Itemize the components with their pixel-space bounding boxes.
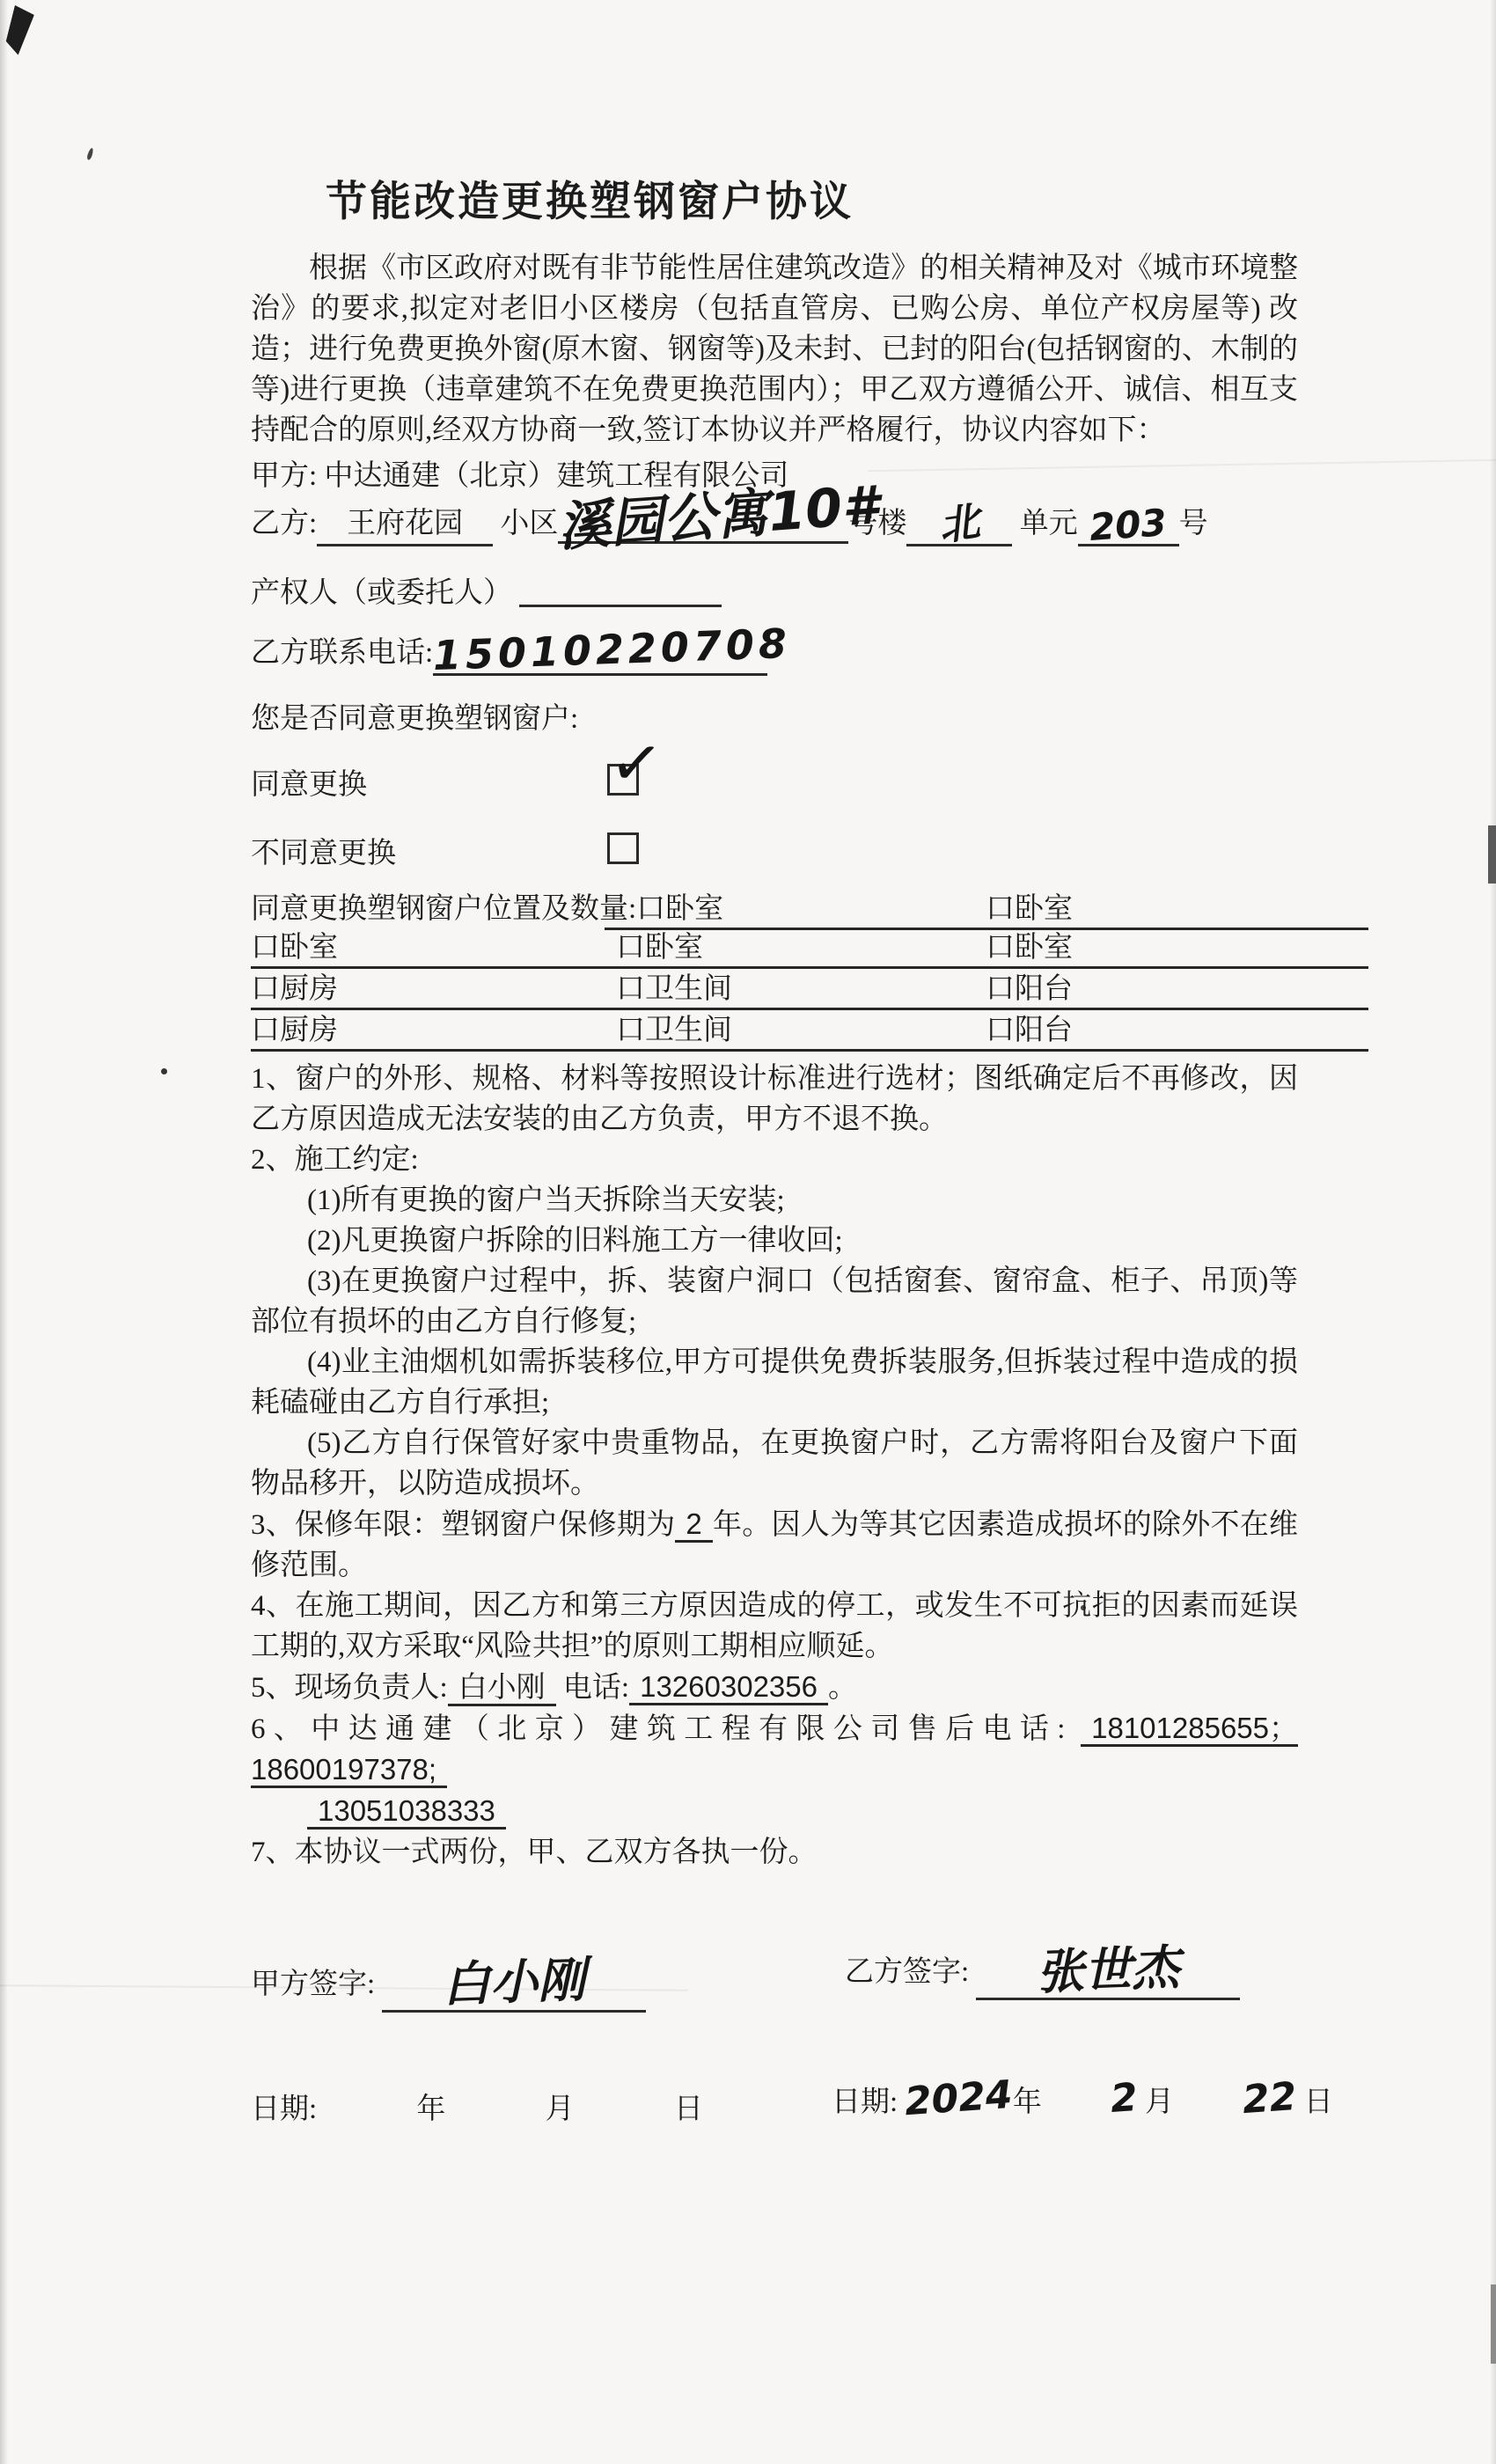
party-b-signature-field[interactable]: 张世杰	[976, 1957, 1240, 2000]
room-field[interactable]: 203	[1078, 509, 1179, 546]
agree-label: 同意更换	[251, 765, 607, 805]
scan-edge-shadow-right	[1490, 0, 1496, 2464]
scanned-agreement-page: 节能改造更换塑钢窗户协议 根据《市区政府对既有非节能性居住建筑改造》的相关精神及…	[0, 0, 1496, 2464]
agree-row: 同意更换✓	[251, 764, 1298, 808]
day-label: 日	[1304, 2086, 1333, 2118]
party-a-label: 甲方:	[251, 460, 317, 492]
party-a-signature-handwriting: 白小刚	[443, 1967, 586, 1998]
phone-line: 乙方联系电话:15010220708	[251, 633, 1298, 676]
locations-row: 口厨房 口卫生间 口阳台	[251, 969, 1368, 1010]
location-cell[interactable]: 口卧室	[986, 889, 1073, 929]
month-handwriting: 2	[1110, 2087, 1138, 2110]
clause-3-prefix: 3、保修年限：塑钢窗户保修期为	[251, 1509, 675, 1541]
document-content: 节能改造更换塑钢窗户协议 根据《市区政府对既有非节能性居住建筑改造》的相关精神及…	[251, 176, 1298, 2142]
party-a-date: 日期: 年 月 日	[251, 2089, 703, 2130]
location-cell[interactable]: 口卧室	[986, 928, 1073, 968]
year-label: 年	[1013, 2086, 1042, 2118]
page-title: 节能改造更换塑钢窗户协议	[326, 176, 854, 229]
clause-2-item-2: (2)凡更换窗户拆除的旧料施工方一律收回;	[251, 1221, 1298, 1261]
phone-label: 乙方联系电话:	[251, 637, 433, 669]
party-a-signature-label: 甲方签字:	[251, 1969, 375, 2000]
month-label: 月	[546, 2094, 575, 2125]
location-cell[interactable]: 口卧室	[616, 928, 703, 968]
scan-edge-shadow-left	[0, 0, 8, 2464]
phone-field[interactable]: 15010220708	[433, 638, 767, 676]
location-cell[interactable]: 口卧室	[636, 893, 723, 925]
location-cell[interactable]: 口卧室	[251, 928, 338, 968]
community-value: 王府花园	[347, 508, 463, 539]
phone-handwriting: 15010220708	[433, 633, 792, 667]
clause-6: 6、中达通建（北京）建筑工程有限公司售后电话: 18101285655；1860…	[251, 1708, 1298, 1791]
location-cell[interactable]: 口卫生间	[616, 969, 732, 1009]
signature-row: 甲方签字: 白小刚 乙方签字: 张世杰	[251, 1964, 1298, 2040]
unit-suffix-label: 单元	[1020, 508, 1078, 539]
clause-4: 4、在施工期间，因乙方和第三方原因造成的停工，或发生不可抗拒的因素而延误工期的,…	[251, 1586, 1298, 1667]
unit-handwriting: 北	[938, 510, 981, 538]
day-handwriting: 22	[1242, 2086, 1297, 2111]
clause-2-item-1: (1)所有更换的窗户当天拆除当天安装;	[251, 1180, 1298, 1221]
clause-3: 3、保修年限：塑钢窗户保修期为2年。因人为等其它因素造成损坏的除外不在维修范围。	[251, 1504, 1298, 1586]
owner-line: 产权人（或委托人）	[251, 569, 1298, 613]
clause-2-item-5: (5)乙方自行保管好家中贵重物品，在更换窗户时，乙方需将阳台及窗户下面物品移开，…	[251, 1423, 1298, 1504]
party-b-signature-label: 乙方签字:	[845, 1956, 969, 1988]
owner-field[interactable]	[519, 569, 722, 607]
site-manager-phone-field: 13260302356	[629, 1670, 828, 1705]
building-field[interactable]: 溪园公寓10#	[558, 506, 848, 544]
scan-edge-mark	[1491, 2284, 1496, 2364]
site-manager-field: 白小刚	[448, 1672, 556, 1706]
party-b-signature-handwriting: 张世杰	[1037, 1954, 1180, 1985]
stray-ink-mark	[86, 148, 94, 161]
disagree-label: 不同意更换	[251, 833, 607, 874]
unit-field[interactable]: 北	[906, 509, 1012, 546]
date-row: 日期: 年 月 日 日期: 2024年 2 月 22 日	[251, 2089, 1298, 2142]
room-handwriting: 203	[1089, 512, 1168, 538]
location-cell[interactable]: 口卫生间	[616, 1010, 732, 1051]
month-label: 月	[1145, 2086, 1174, 2118]
date-label: 日期:	[832, 2086, 898, 2118]
day-label: 日	[674, 2094, 703, 2125]
locations-header-label: 同意更换塑钢窗户位置及数量:	[251, 893, 636, 925]
location-cell[interactable]: 口厨房	[251, 969, 338, 1009]
location-cell[interactable]: 口阳台	[986, 1010, 1073, 1051]
locations-table: 同意更换塑钢窗户位置及数量:口卧室 口卧室 口卧室 口卧室 口卧室 口厨房 口卫…	[251, 889, 1368, 1052]
room-suffix-label: 号	[1179, 508, 1208, 539]
clause-2-head: 2、施工约定:	[251, 1140, 1298, 1180]
clause-6-prefix: 6、中达通建（北京）建筑工程有限公司售后电话:	[251, 1713, 1065, 1745]
community-suffix-label: 小区	[500, 508, 558, 539]
location-cell[interactable]: 口阳台	[986, 969, 1073, 1009]
clause-5-phone-label: 电话:	[563, 1672, 629, 1704]
scan-corner-mark	[4, 5, 35, 56]
clause-2-item-3: (3)在更换窗户过程中，拆、装窗户洞口（包括窗套、窗帘盒、柜子、吊顶)等部位有损…	[251, 1261, 1298, 1342]
year-handwriting: 2024	[905, 2085, 1014, 2114]
clause-6-line2: 13051038333	[307, 1791, 1298, 1832]
stray-ink-dot	[161, 1068, 167, 1074]
party-a-signature-field[interactable]: 白小刚	[382, 1969, 646, 2013]
community-field[interactable]: 王府花园	[317, 503, 493, 546]
checkmark-handwriting: ✓	[606, 729, 666, 797]
scan-edge-mark	[1488, 825, 1496, 884]
clauses-section: 1、窗户的外形、规格、材料等按照设计标准进行选材；图纸确定后不再修改，因乙方原因…	[251, 1059, 1298, 1873]
year-label: 年	[416, 2094, 445, 2125]
clause-5-prefix: 5、现场负责人:	[251, 1672, 448, 1704]
building-handwriting: 溪园公寓10#	[557, 491, 880, 542]
intro-paragraph: 根据《市区政府对既有非节能性居住建筑改造》的相关精神及对《城市环境整治》的要求,…	[251, 248, 1298, 451]
clause-5: 5、现场负责人:白小刚 电话:13260302356。	[251, 1667, 1298, 1708]
party-b-date: 日期: 2024年 2 月 22 日	[832, 2082, 1333, 2123]
locations-row: 口厨房 口卫生间 口阳台	[251, 1010, 1368, 1052]
agree-checkbox[interactable]: ✓	[607, 764, 639, 796]
locations-row: 口卧室 口卧室 口卧室	[251, 928, 1368, 969]
locations-header-row: 同意更换塑钢窗户位置及数量:口卧室 口卧室	[251, 889, 1368, 928]
clause-1: 1、窗户的外形、规格、材料等按照设计标准进行选材；图纸确定后不再修改，因乙方原因…	[251, 1059, 1298, 1140]
owner-label: 产权人（或委托人）	[251, 577, 512, 609]
disagree-row: 不同意更换	[251, 832, 1298, 876]
party-b-label: 乙方:	[251, 508, 317, 539]
date-label: 日期:	[251, 2094, 317, 2125]
warranty-years-field[interactable]: 2	[675, 1507, 712, 1543]
clause-2-item-4: (4)业主油烟机如需拆装移位,甲方可提供免费拆装服务,但拆装过程中造成的损耗磕碰…	[251, 1342, 1298, 1423]
clause-7: 7、本协议一式两份，甲、乙双方各执一份。	[251, 1832, 1298, 1873]
party-b-line: 乙方:王府花园 小区溪园公寓10#号楼北 单元203号	[251, 503, 1298, 546]
disagree-checkbox[interactable]	[607, 832, 639, 864]
clause-5-suffix: 。	[828, 1672, 857, 1704]
aftersales-phones-2: 13051038333	[307, 1794, 506, 1830]
consent-question: 您是否同意更换塑钢窗户:	[251, 699, 1298, 739]
location-cell[interactable]: 口厨房	[251, 1010, 338, 1051]
